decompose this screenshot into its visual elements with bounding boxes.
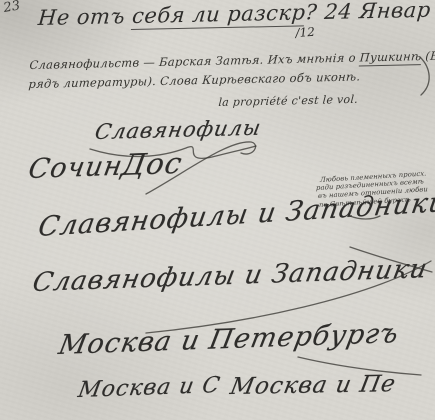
- title-underlined-text: себя ли разскр: [131, 0, 306, 30]
- exercise-slavophiles-westernizers-2: Славянофилы и Западники: [30, 254, 430, 298]
- note-line-1-start: Славянофильств — Барская Затѣя. Ихъ мнѣн…: [29, 50, 360, 72]
- title-suffix: ? 24 Январ: [305, 0, 432, 24]
- exercise-moscow-s: Москва и С: [76, 373, 222, 403]
- title-line: Не отъ себя ли разскр? 24 Январ —‖: [37, 0, 435, 31]
- page-number: 23: [2, 0, 21, 16]
- title-prefix: Не отъ: [37, 4, 133, 30]
- note-line-1-underlined: Пушкинѣ: [359, 49, 422, 66]
- manuscript-page-scan: 23 Не отъ себя ли разскр? 24 Январ —‖ /1…: [0, 0, 435, 420]
- exercise-moscow-petersburg: Москва и Петербургъ: [56, 318, 402, 361]
- exercise-moscow-pe: Москва и Пе: [228, 371, 398, 400]
- note-line-2: рядъ литературы). Слова Кирѣевскаго объ …: [28, 69, 361, 91]
- exercise-dos: Дос: [119, 146, 185, 182]
- note-line-1-end: (Бѣдный: [421, 48, 435, 63]
- note-line-1: Славянофильств — Барская Затѣя. Ихъ мнѣн…: [29, 48, 435, 72]
- exercise-slavophiles-westernizers-1: Славянофилы и Западники: [36, 187, 435, 243]
- exercise-slavophiles: Славянофилы: [93, 116, 263, 144]
- date-fraction-denominator: /12: [295, 25, 315, 40]
- note-line-3-french: la propriété c'est le vol.: [218, 93, 358, 109]
- exercise-sochin: Сочин: [26, 151, 125, 185]
